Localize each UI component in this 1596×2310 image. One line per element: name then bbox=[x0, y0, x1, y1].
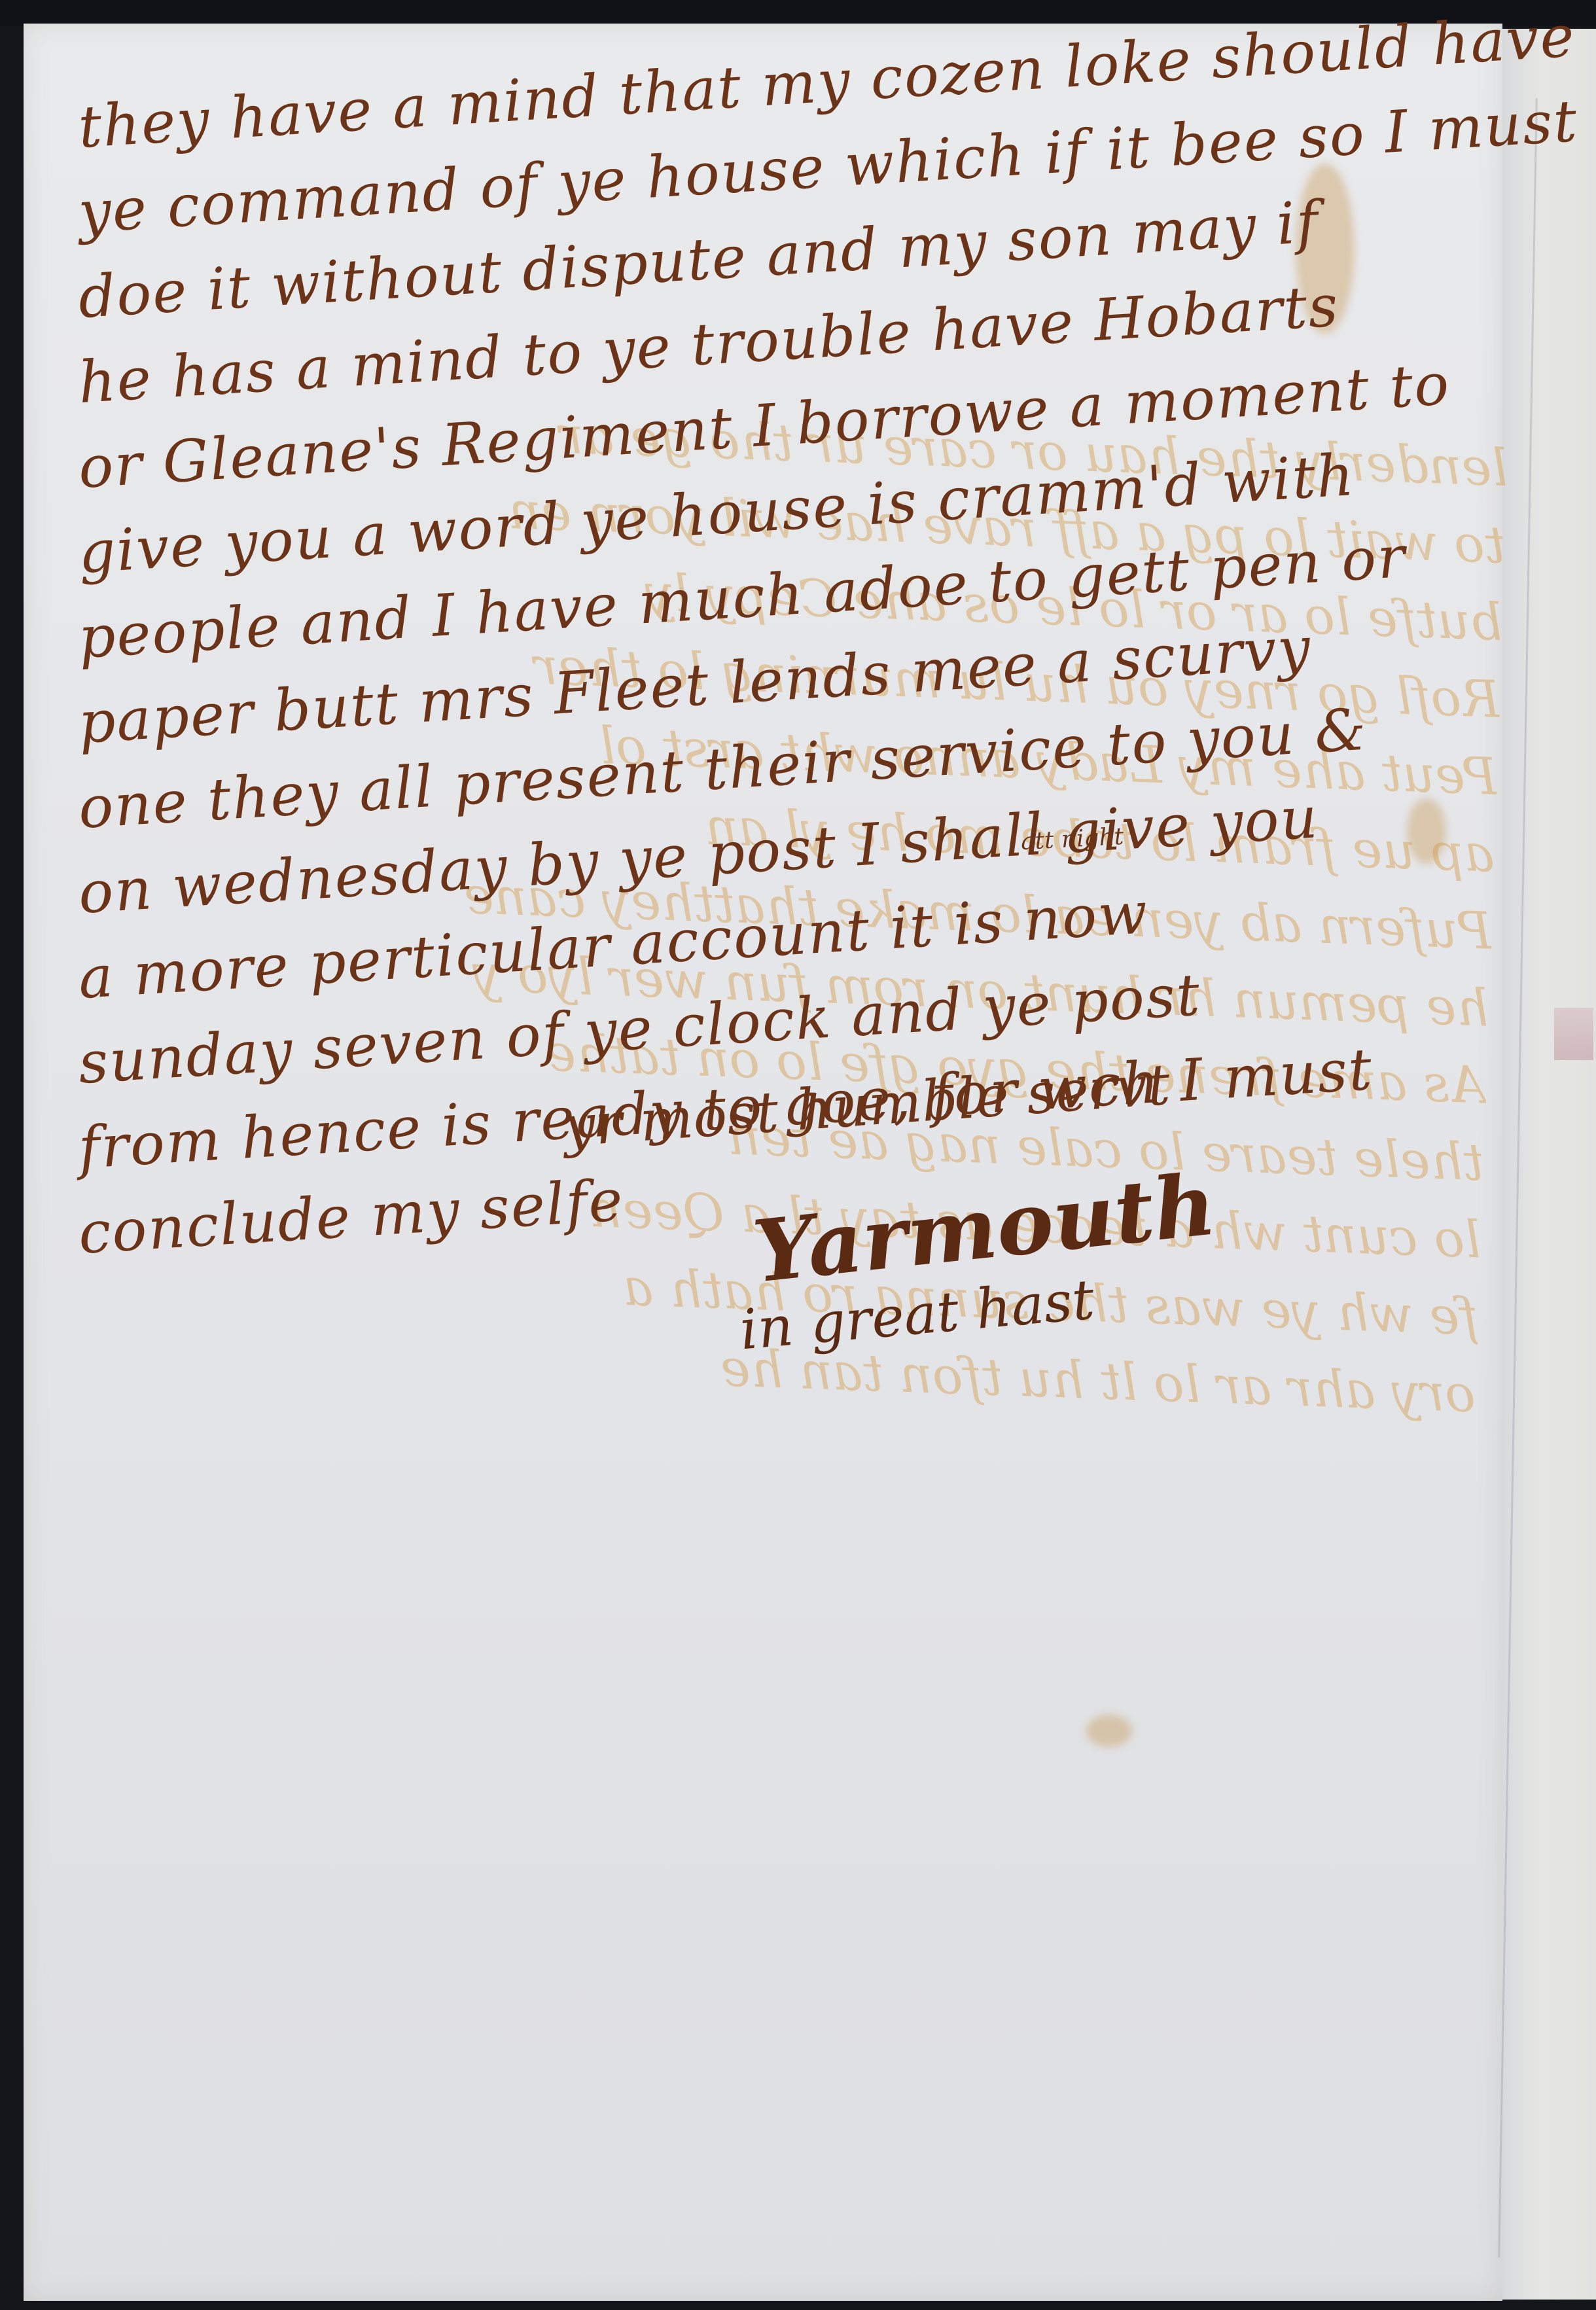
seal-remnant bbox=[1554, 1008, 1593, 1060]
interlinear-insertion: att night bbox=[1020, 823, 1124, 855]
